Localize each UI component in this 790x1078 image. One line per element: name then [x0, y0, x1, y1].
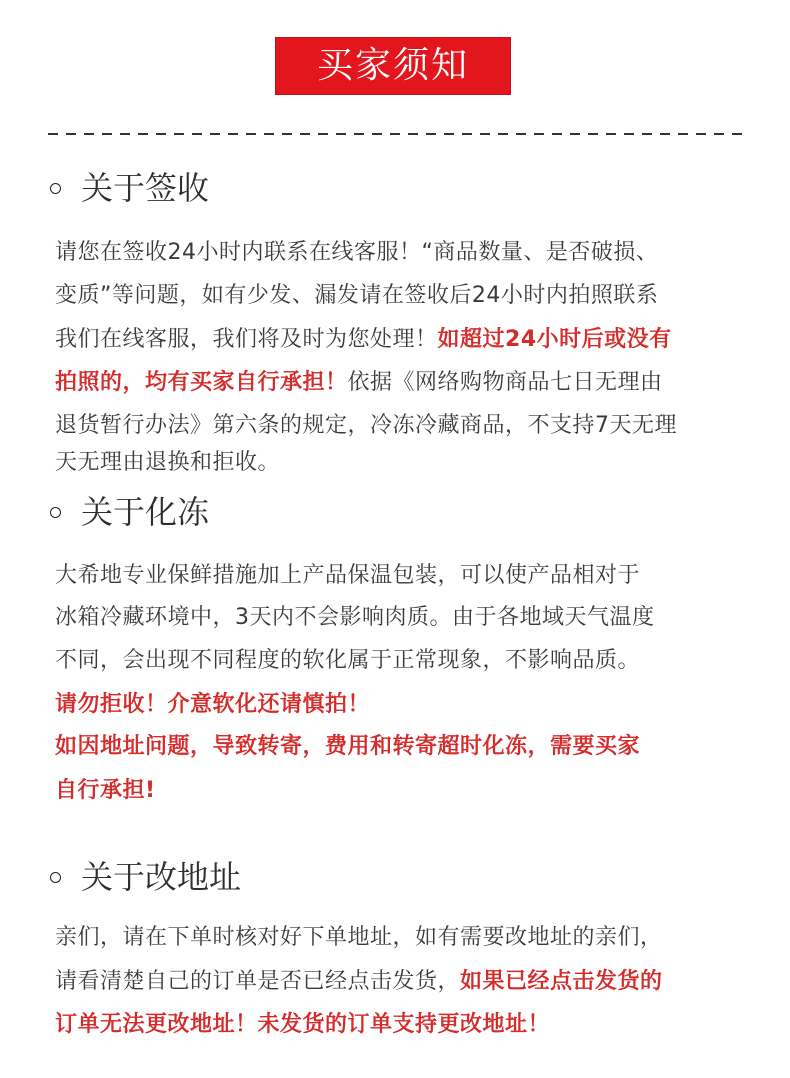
body-text: 依据《网络购物商品七日无理由 [348, 372, 663, 394]
body-text: 亲们，请在下单时核对好下单地址，如有需要改地址的亲们， [55, 927, 663, 949]
paragraph-line: 退货暂行办法》第六条的规定，冷冻冷藏商品，不支持7天无理 [55, 411, 745, 441]
page-title: 买家须知 [317, 48, 469, 84]
section-heading-address-change: 关于改地址 [50, 855, 241, 899]
paragraph-line: 拍照的，均有买家自行承担！ 依据《网络购物商品七日无理由 [55, 368, 745, 398]
paragraph-line: 如因地址问题，导致转寄，费用和转寄超时化冻，需要买家 [55, 732, 745, 762]
warning-text: 自行承担! [55, 780, 156, 802]
body-text: 大希地专业保鲜措施加上产品保温包装，可以使产品相对于 [55, 565, 640, 587]
paragraph-line: 不同，会出现不同程度的软化属于正常现象，不影响品质。 [55, 646, 745, 676]
body-text: 请您在签收24小时内联系在线客服！“商品数量、是否破损、 [55, 242, 658, 264]
paragraph-line: 冰箱冷藏环境中，3天内不会影响肉质。由于各地域天气温度 [55, 603, 745, 633]
section-title: 关于化冻 [81, 496, 209, 528]
body-text: 退货暂行办法》第六条的规定，冷冻冷藏商品，不支持7天无理 [55, 415, 677, 437]
notice-title-banner: 买家须知 [275, 37, 511, 95]
warning-text: 如因地址问题，导致转寄，费用和转寄超时化冻，需要买家 [55, 736, 640, 758]
paragraph-line: 请看清楚自己的订单是否已经点击发货， 如果已经点击发货的 [55, 967, 745, 997]
paragraph-line: 订单无法更改地址！未发货的订单支持更改地址！ [55, 1010, 745, 1040]
warning-text: 拍照的，均有买家自行承担！ [55, 372, 348, 394]
paragraph-line: 自行承担! [55, 776, 745, 806]
warning-text: 订单无法更改地址！未发货的订单支持更改地址！ [55, 1014, 550, 1036]
bullet-circle-icon [50, 872, 61, 883]
body-text: 天无理由退换和拒收。 [55, 452, 280, 474]
body-text: 请看清楚自己的订单是否已经点击发货， [55, 971, 460, 993]
paragraph-line: 我们在线客服，我们将及时为您处理！ 如超过24小时后或没有 [55, 325, 745, 355]
paragraph-line: 变质”等问题，如有少发、漏发请在签收后24小时内拍照联系 [55, 281, 745, 311]
warning-text: 如超过24小时后或没有 [438, 329, 672, 351]
paragraph-line: 请您在签收24小时内联系在线客服！“商品数量、是否破损、 [55, 238, 745, 268]
paragraph-line: 天无理由退换和拒收。 [55, 448, 745, 478]
paragraph-line: 亲们，请在下单时核对好下单地址，如有需要改地址的亲们， [55, 923, 745, 953]
section-heading-thawing: 关于化冻 [50, 490, 209, 534]
bullet-circle-icon [50, 507, 61, 518]
warning-text: 如果已经点击发货的 [460, 971, 663, 993]
body-text: 变质”等问题，如有少发、漏发请在签收后24小时内拍照联系 [55, 285, 658, 307]
section-title: 关于签收 [81, 172, 209, 204]
paragraph-line: 请勿拒收！介意软化还请慎拍！ [55, 690, 745, 720]
body-text: 冰箱冷藏环境中，3天内不会影响肉质。由于各地域天气温度 [55, 607, 655, 629]
bullet-circle-icon [50, 183, 61, 194]
warning-text: 请勿拒收！介意软化还请慎拍！ [55, 694, 370, 716]
body-text: 我们在线客服，我们将及时为您处理！ [55, 329, 438, 351]
paragraph-line: 大希地专业保鲜措施加上产品保温包装，可以使产品相对于 [55, 561, 745, 591]
dashed-divider [48, 133, 744, 135]
body-text: 不同，会出现不同程度的软化属于正常现象，不影响品质。 [55, 650, 640, 672]
section-heading-signing: 关于签收 [50, 166, 209, 210]
section-title: 关于改地址 [81, 861, 241, 893]
